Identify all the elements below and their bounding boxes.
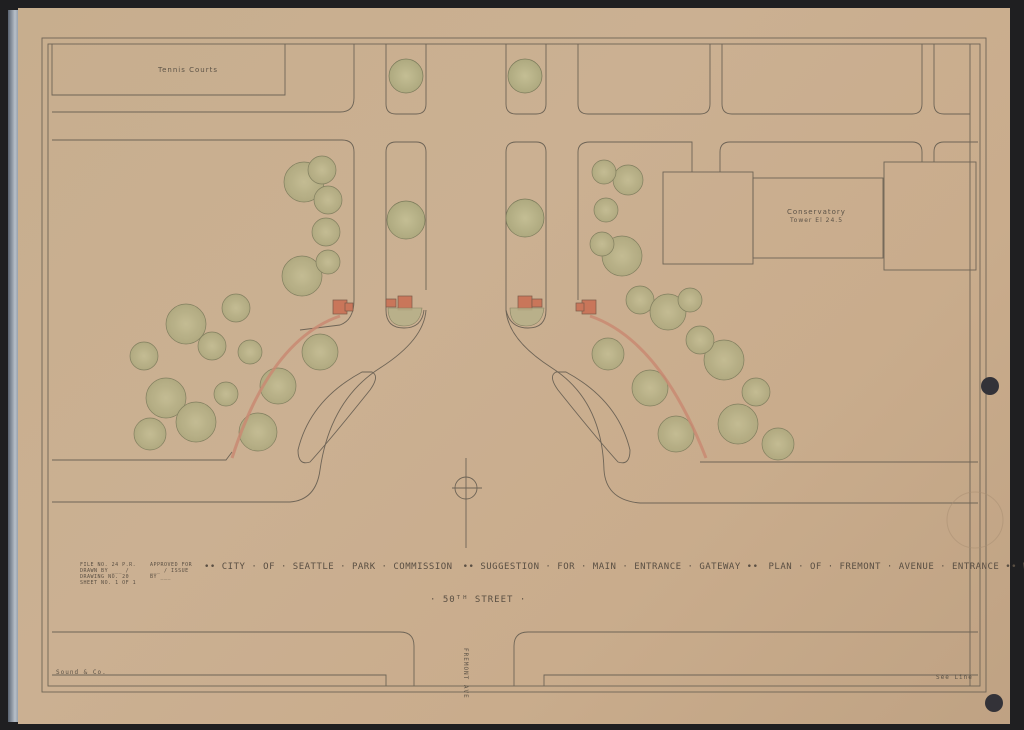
left-entrance-curve — [52, 310, 426, 502]
lower-left-note: Sound & Co. — [56, 669, 107, 676]
approval-stamp: APPROVED FOR ___ / ISSUE BY ___ — [150, 562, 194, 586]
building-left — [663, 172, 753, 264]
pin-right-middle — [981, 377, 999, 395]
block-top-left — [52, 44, 354, 112]
left-planting-mass — [130, 156, 342, 451]
street-trees — [387, 59, 544, 239]
building-right — [884, 162, 976, 270]
title-segment-plan: PLAN · OF · FREMONT · AVENUE · ENTRANCE … — [769, 562, 1024, 586]
file-info: FILE NO. 24 P.R. DRAWN BY ___ / DRAWING … — [80, 562, 140, 586]
title-segment-commission: •• CITY · OF · SEATTLE · PARK · COMMISSI… — [204, 562, 453, 586]
site-plan-drawing — [0, 0, 1024, 730]
conservatory-label: Conservatory — [787, 208, 846, 216]
title-block: FILE NO. 24 P.R. DRAWN BY ___ / DRAWING … — [80, 562, 1024, 586]
pin-bottom-right — [985, 694, 1003, 712]
conservatory-sublabel: Tower El 24.5 — [790, 217, 843, 224]
left-island — [298, 372, 376, 463]
right-island — [552, 372, 630, 463]
title-segment-suggestion: •• SUGGESTION · FOR · MAIN · ENTRANCE · … — [463, 562, 759, 586]
lower-left-block — [52, 632, 414, 686]
block-top-mid — [578, 44, 710, 114]
lower-right-block — [514, 632, 978, 686]
street-label: · 50ᵀᴴ STREET · — [430, 595, 526, 605]
gate-piers — [333, 296, 596, 314]
block-top-right — [722, 44, 922, 114]
outer-border — [42, 38, 986, 692]
tennis-courts-label: Tennis Courts — [158, 66, 218, 74]
lower-right-note: See Line — [936, 674, 973, 681]
fremont-ave-label: FREMONT AVE — [462, 648, 469, 699]
right-planting-mass — [590, 160, 794, 460]
